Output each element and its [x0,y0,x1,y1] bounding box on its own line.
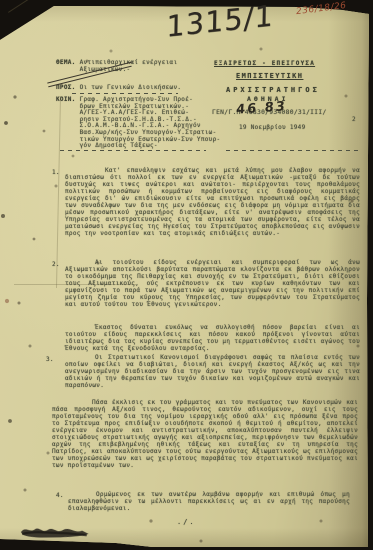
recipient-label: ΠΡΟΣ. [56,84,76,91]
dashed-rule-right [226,150,358,151]
urgency-stamp: ΕΞΑΙΡΕΤΩΣ - ΕΠΕΙΓΟΥΣΑ [214,60,370,67]
subject-block: ΘΕΜΑ. Αντιπειθαρχικαί ενέργειαι Αξιωματι… [56,59,216,73]
paragraph-text: Αι τοιούτου είδους ενέργειαι και συμπερι… [65,259,360,308]
subject-label: ΘΕΜΑ. [56,59,76,73]
paragraph-text: Κατ' επανάληψιν εσχάτως και μετά λύπης μ… [65,167,360,237]
paragraph-text: Οι Στρατιωτικοί Κανονισμοί διαγράφουσι σ… [65,354,360,389]
paragraph-text: Έκαστος δύναται ευκόλως να συλλογισθή πό… [65,324,360,352]
protocol-suffix: 2 [352,116,356,123]
cc-label: ΚΟΙΝ. [56,97,76,150]
recipient-text: Οι των Γενικών Διοικήσεων. [80,84,182,91]
closing-mark: ./. [177,519,196,526]
paragraph-number: 2. [52,261,66,268]
issuer-title: ΑΡΧΙΣΤΡΑΤΗΓΟΣ [226,87,320,94]
classification-stamp: ΕΜΠΙΣΤΕΥΤΙΚΗ [236,73,303,80]
recipient-block: ΠΡΟΣ. Οι των Γενικών Διοικήσεων. [56,84,226,91]
typed-text-layer: ΘΕΜΑ. Αντιπειθαρχικαί ενέργειαι Αξιωματι… [0,0,373,550]
cc-block: ΚΟΙΝ. Γραφ. Αρχιστρατήγου-Συν Προέ- δρων… [56,97,226,150]
paragraph-text: Ορμώμενος εκ των ανωτέρω λαμβάνω αφορμήν… [68,491,350,512]
dashed-underline [72,93,178,94]
document-date: 19 Νοεμβρίου 1949 [239,124,306,131]
scanned-document-page: ΘΕΜΑ. Αντιπειθαρχικαί ενέργειαι Αξιωματι… [0,0,373,550]
paragraph-number: 3. [46,356,60,363]
paragraph-number: 1. [52,169,66,176]
paragraph-text: Πάσα έκκλισις εκ του γράμματος και του π… [52,399,358,469]
dashed-rule-left [60,150,206,151]
cc-text: Γραφ. Αρχιστρατήγου-Συν Προέ- δρων Επιτε… [80,97,221,150]
